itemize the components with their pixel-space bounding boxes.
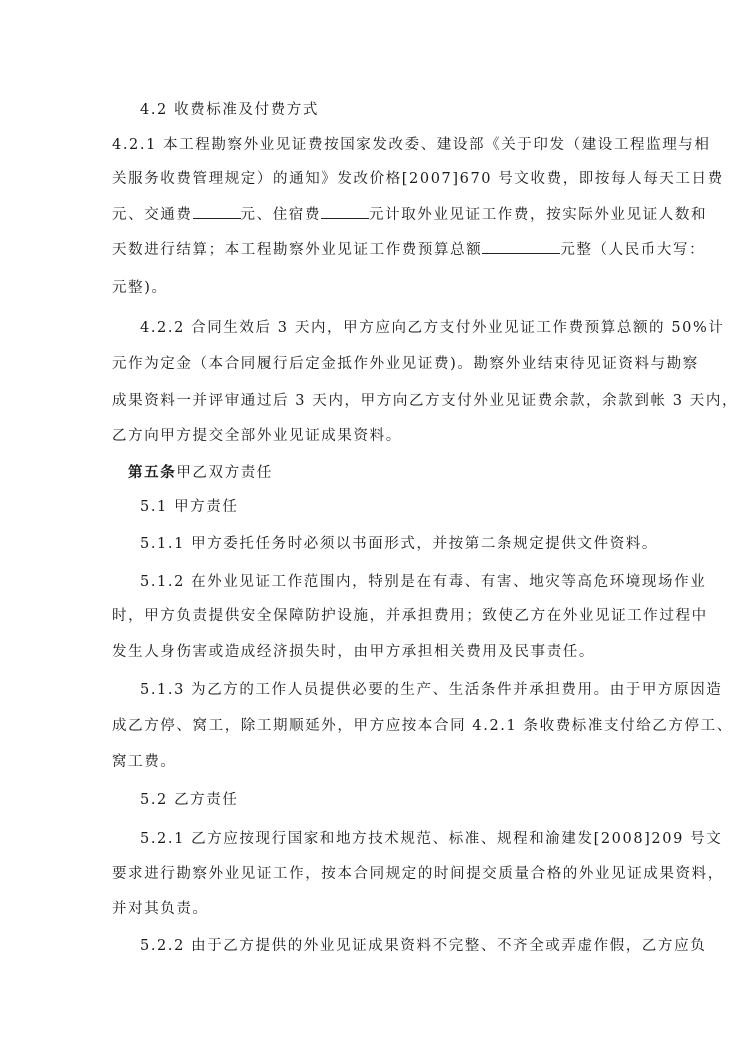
section-heading-4-2: 4.2 收费标准及付费方式 xyxy=(140,100,319,120)
paragraph-5-1-2-line-3: 发生人身伤害或造成经济损失时，由甲方承担相关费用及民事责任。 xyxy=(112,642,595,662)
text-fragment: 元、住宿费 xyxy=(241,207,322,223)
text-fragment: 元、交通费 xyxy=(112,207,193,223)
paragraph-4-2-2-line-2: 元作为定金（本合同履行后定金抵作外业见证费)。勘察外业结束待见证资料与勘察 xyxy=(112,354,699,374)
paragraph-5-2-2-line-1: 5.2.2 由于乙方提供的外业见证成果资料不完整、不齐全或弄虚作假，乙方应负 xyxy=(140,936,706,956)
paragraph-5-1-3-line-1: 5.1.3 为乙方的工作人员提供必要的生产、生活条件并承担费用。由于甲方原因造 xyxy=(140,680,722,700)
paragraph-5-1-3-line-3: 窝工费。 xyxy=(112,752,176,772)
article-title: 甲乙双方责任 xyxy=(176,465,273,481)
paragraph-4-2-2-line-3: 成果资料一并评审通过后 3 天内，甲方向乙方支付外业见证费余款，余款到帐 3 天… xyxy=(112,391,738,411)
article-5-heading: 第五条甲乙双方责任 xyxy=(128,463,273,483)
paragraph-4-2-2-line-4: 乙方向甲方提交全部外业见证成果资料。 xyxy=(112,426,402,446)
section-heading-5-1: 5.1 甲方责任 xyxy=(140,497,238,517)
paragraph-4-2-1-line-2: 关服务收费管理规定）的通知》发改价格[2007]670 号文收费，即按每人每天工… xyxy=(112,169,724,189)
text-fragment: 元计取外业见证工作费，按实际外业见证人数和 xyxy=(369,207,707,223)
paragraph-5-2-1-line-1: 5.2.1 乙方应按现行国家和地方技术规范、标准、规程和渝建发[2008]209… xyxy=(140,829,722,849)
paragraph-5-2-1-line-3: 并对其负责。 xyxy=(112,899,209,919)
blank-transport-fee xyxy=(193,204,241,219)
blank-budget-total xyxy=(482,239,560,254)
paragraph-4-2-1-line-1: 4.2.1 本工程勘察外业见证费按国家发改委、建设部《关于印发（建设工程监理与相 xyxy=(112,135,711,155)
paragraph-4-2-1-line-5: 元整)。 xyxy=(112,278,168,298)
paragraph-5-1-2-line-2: 时，甲方负责提供安全保障防护设施，并承担费用；致使乙方在外业见证工作过程中 xyxy=(112,606,708,626)
paragraph-5-1-2-line-1: 5.1.2 在外业见证工作范围内，特别是在有毒、有害、地灾等高危环境现场作业 xyxy=(140,572,706,592)
paragraph-5-2-1-line-2: 要求进行勘察外业见证工作，按本合同规定的时间提交质量合格的外业见证成果资料， xyxy=(112,864,724,884)
paragraph-5-1-1-line-1: 5.1.1 甲方委托任务时必须以书面形式，并按第二条规定提供文件资料。 xyxy=(140,534,658,554)
paragraph-4-2-1-line-3: 元、交通费元、住宿费元计取外业见证工作费，按实际外业见证人数和 xyxy=(112,204,707,225)
blank-lodging-fee xyxy=(321,204,369,219)
paragraph-4-2-1-line-4: 天数进行结算；本工程勘察外业见证工作费预算总额元整（人民币大写： xyxy=(112,239,705,260)
paragraph-5-1-3-line-2: 成乙方停、窝工，除工期顺延外，甲方应按本合同 4.2.1 条收费标准支付给乙方停… xyxy=(112,716,733,736)
text-fragment: 元整（人民币大写： xyxy=(560,242,705,258)
article-label: 第五条 xyxy=(128,464,176,481)
text-fragment: 天数进行结算；本工程勘察外业见证工作费预算总额 xyxy=(112,242,482,258)
section-heading-5-2: 5.2 乙方责任 xyxy=(140,790,238,810)
paragraph-4-2-2-line-1: 4.2.2 合同生效后 3 天内，甲方应向乙方支付外业见证工作费预算总额的 50… xyxy=(140,318,724,338)
